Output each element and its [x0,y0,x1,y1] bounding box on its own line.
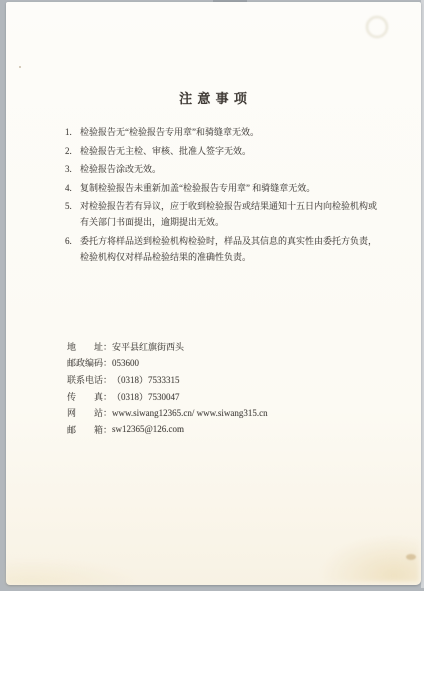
scan-stain-speck [406,554,416,560]
contact-label: 邮 箱： [67,423,112,436]
contact-row-postcode: 邮政编码： 053600 [67,355,268,372]
contact-row-address: 地 址： 安平县红旗街西头 [67,338,268,355]
notice-text: 委托方将样品送到检验机构检验时，样品及其信息的真实性由委托方负责，检验机构仅对样… [80,233,380,265]
notice-number: 4. [65,180,80,196]
notice-item: 3. 检验报告涂改无效。 [65,161,380,177]
contact-value: 053600 [112,358,139,368]
scanner-background: 注 意 事 项 1. 检验报告无“检验报告专用章”和骑缝章无效。 2. 检验报告… [0,0,424,591]
contact-row-website: 网 站： www.siwang12365.cn/ www.siwang315.c… [67,404,268,421]
notice-item: 1. 检验报告无“检验报告专用章”和骑缝章无效。 [65,124,380,140]
scan-stain-corner-right [319,534,419,582]
contact-row-phone: 联系电话： （0318）7533315 [67,371,268,388]
contact-row-fax: 传 真： （0318）7530047 [67,388,268,405]
contact-label: 邮政编码： [67,356,112,369]
contact-row-email: 邮 箱： sw12365@126.com [67,421,268,438]
notice-item: 4. 复制检验报告未重新加盖“检验报告专用章” 和骑缝章无效。 [65,180,380,196]
contact-label: 联系电话： [67,373,112,386]
scan-stain-corner-left [6,559,136,585]
contact-block: 地 址： 安平县红旗街西头 邮政编码： 053600 联系电话： （0318）7… [67,338,268,438]
contact-label: 传 真： [67,390,112,403]
contact-value: 安平县红旗街西头 [112,340,184,353]
notice-item: 5. 对检验报告若有异议，应于收到检验报告或结果通知十五日内向检验机构或有关部门… [65,198,380,230]
notice-list: 1. 检验报告无“检验报告专用章”和骑缝章无效。 2. 检验报告无主检、审核、批… [65,124,380,267]
scan-stain-ring [366,16,388,38]
notice-text: 检验报告无主检、审核、批准人签字无效。 [80,143,380,159]
notice-number: 1. [65,124,80,140]
notice-item: 6. 委托方将样品送到检验机构检验时，样品及其信息的真实性由委托方负责，检验机构… [65,233,380,265]
notice-text: 对检验报告若有异议，应于收到检验报告或结果通知十五日内向检验机构或有关部门书面提… [80,198,380,230]
notice-number: 2. [65,143,80,159]
notice-number: 3. [65,161,80,177]
contact-value: www.siwang12365.cn/ www.siwang315.cn [112,408,268,418]
notice-text: 复制检验报告未重新加盖“检验报告专用章” 和骑缝章无效。 [80,180,380,196]
contact-value: sw12365@126.com [112,424,184,434]
notice-number: 6. [65,233,80,265]
notice-text: 检验报告涂改无效。 [80,161,380,177]
notice-number: 5. [65,198,80,230]
document-page: 注 意 事 项 1. 检验报告无“检验报告专用章”和骑缝章无效。 2. 检验报告… [6,2,421,585]
page-title: 注 意 事 项 [6,88,421,107]
notice-text: 检验报告无“检验报告专用章”和骑缝章无效。 [80,124,380,140]
contact-label: 网 站： [67,406,112,419]
notice-item: 2. 检验报告无主检、审核、批准人签字无效。 [65,143,380,159]
contact-value: （0318）7533315 [112,373,180,386]
contact-label: 地 址： [67,340,112,353]
scan-stain-dot [19,66,21,68]
contact-value: （0318）7530047 [112,390,180,403]
